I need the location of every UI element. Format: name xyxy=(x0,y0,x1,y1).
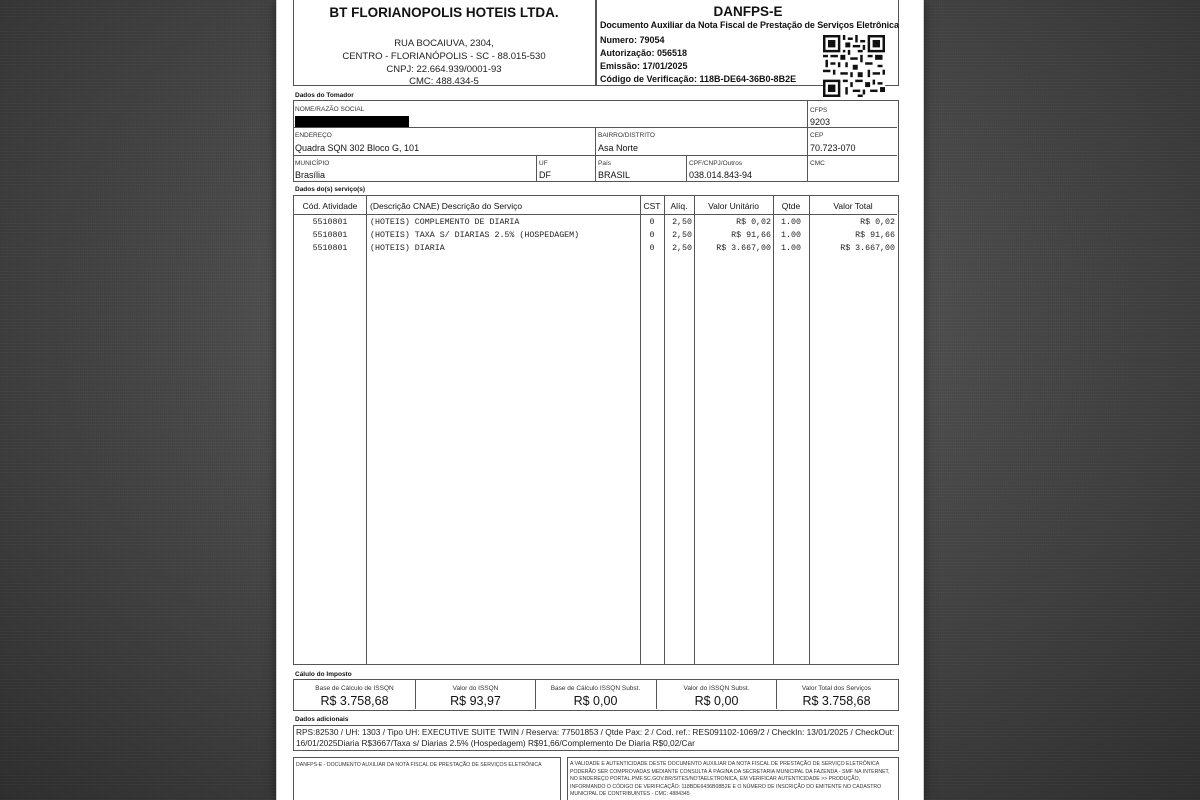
cell-cod: 5510801 xyxy=(294,244,366,253)
municipio-label: MUNICÍPIO xyxy=(295,160,329,167)
imposto-value: R$ 93,97 xyxy=(415,694,536,708)
cell-desc: (HOTEIS) DIARIA xyxy=(370,244,638,253)
cell-total: R$ 3.667,00 xyxy=(809,244,895,253)
pais-label: País xyxy=(598,160,611,167)
nome-redacted xyxy=(295,116,409,127)
tomador-section-label: Dados do Tomador xyxy=(295,92,354,99)
qr-code-icon xyxy=(823,35,885,97)
cell-aliq: 2,50 xyxy=(664,244,692,253)
cell-unit: R$ 91,66 xyxy=(694,231,771,240)
uf-label: UF xyxy=(539,160,548,167)
company-name: BT FLORIANOPOLIS HOTEIS LTDA. xyxy=(294,5,594,20)
cfps-value: 9203 xyxy=(810,117,830,127)
endereco-label: ENDEREÇO xyxy=(295,132,332,139)
cell-qtde: 1.00 xyxy=(773,231,809,240)
cep-label: CEP xyxy=(810,132,823,139)
nome-label: NOME/RAZÃO SOCIAL xyxy=(295,106,364,113)
cell-desc: (HOTEIS) TAXA S/ DIARIAS 2.5% (HOSPEDAGE… xyxy=(370,231,638,240)
imposto-box: Base de Cálculo de ISSQNR$ 3.758,68Valor… xyxy=(293,679,899,711)
cell-qtde: 1.00 xyxy=(773,218,809,227)
company-cnpj: CNPJ: 22.664.939/0001-93 xyxy=(294,64,594,75)
document-subtitle: Documento Auxiliar da Nota Fiscal de Pre… xyxy=(600,20,899,30)
cmc-label: CMC xyxy=(810,160,825,167)
verification-code: Código de Verificação: 118B-DE64-36B0-8B… xyxy=(600,74,796,84)
imposto-value: R$ 0,00 xyxy=(535,694,656,708)
col-header-total: Valor Total xyxy=(809,201,897,211)
imposto-label: Valor do ISSQN Subst. xyxy=(656,685,777,692)
cell-cod: 5510801 xyxy=(294,218,366,227)
imposto-value: R$ 3.758,68 xyxy=(294,694,415,708)
col-header-cst: CST xyxy=(640,201,664,211)
adicionais-box: RPS:82530 / UH: 1303 / Tipo UH: EXECUTIV… xyxy=(293,725,899,751)
emitente-box: BT FLORIANOPOLIS HOTEIS LTDA. RUA BOCAIU… xyxy=(293,0,597,86)
col-header-cod: Cód. Atividade xyxy=(294,201,366,211)
company-address: RUA BOCAIUVA, 2304, xyxy=(294,38,594,49)
bairro-label: BAIRRO/DISTRITO xyxy=(598,132,655,139)
invoice-page: BT FLORIANOPOLIS HOTEIS LTDA. RUA BOCAIU… xyxy=(276,0,924,800)
pais-value: BRASIL xyxy=(598,170,630,180)
cpf-label: CPF/CNPJ/Outros xyxy=(689,160,742,167)
cell-desc: (HOTEIS) COMPLEMENTO DE DIARIA xyxy=(370,218,638,227)
cfps-label: CFPS xyxy=(810,107,827,114)
servicos-section-label: Dados do(s) serviço(s) xyxy=(295,186,365,193)
document-number: Numero: 79054 xyxy=(600,35,665,45)
col-header-desc: (Descrição CNAE) Descrição do Serviço xyxy=(370,201,522,211)
col-header-unit: Valor Unitário xyxy=(694,201,773,211)
adicionais-section-label: Dados adicionais xyxy=(295,716,348,723)
imposto-value: R$ 0,00 xyxy=(656,694,777,708)
cell-cst: 0 xyxy=(640,244,664,253)
cell-aliq: 2,50 xyxy=(664,231,692,240)
cell-aliq: 2,50 xyxy=(664,218,692,227)
imposto-label: Valor do ISSQN xyxy=(415,685,536,692)
cell-total: R$ 0,02 xyxy=(809,218,895,227)
uf-value: DF xyxy=(539,170,551,180)
imposto-label: Base de Cálculo de ISSQN xyxy=(294,685,415,692)
municipio-value: Brasília xyxy=(295,170,325,180)
footer-left-text: DANFPS-E - DOCUMENTO AUXILIAR DA NOTA FI… xyxy=(296,762,542,770)
tomador-box: NOME/RAZÃO SOCIAL CFPS 9203 ENDEREÇO Qua… xyxy=(293,100,899,182)
cell-total: R$ 91,66 xyxy=(809,231,895,240)
cell-unit: R$ 3.667,00 xyxy=(694,244,771,253)
document-authorization: Autorização: 056518 xyxy=(600,48,687,58)
document-issue-date: Emissão: 17/01/2025 xyxy=(600,61,688,71)
col-header-aliq: Alíq. xyxy=(664,201,694,211)
cpf-value: 038.014.843-94 xyxy=(689,170,752,180)
company-cmc: CMC: 488.434-5 xyxy=(294,76,594,87)
servicos-table: Cód. Atividade (Descrição CNAE) Descriçã… xyxy=(293,195,899,665)
cep-value: 70.723-070 xyxy=(810,143,856,153)
cell-cst: 0 xyxy=(640,231,664,240)
cell-cod: 5510801 xyxy=(294,231,366,240)
adicionais-line-2: 16/01/2025Diaria R$3667/Taxa s/ Diarias … xyxy=(296,738,695,750)
col-header-qtde: Qtde xyxy=(773,201,809,211)
cell-qtde: 1.00 xyxy=(773,244,809,253)
footer-right-box: A VALIDADE E AUTENTICIDADE DESTE DOCUMEN… xyxy=(567,757,899,800)
imposto-label: Base de Cálculo ISSQN Subst. xyxy=(535,685,656,692)
cell-unit: R$ 0,02 xyxy=(694,218,771,227)
adicionais-line-1: RPS:82530 / UH: 1303 / Tipo UH: EXECUTIV… xyxy=(296,727,894,739)
footer-right-text: A VALIDADE E AUTENTICIDADE DESTE DOCUMEN… xyxy=(570,761,894,799)
company-city: CENTRO - FLORIANÓPOLIS - SC - 88.015-530 xyxy=(294,51,594,62)
endereco-value: Quadra SQN 302 Bloco G, 101 xyxy=(295,143,419,153)
document-title: DANFPS-E xyxy=(596,4,900,19)
imposto-section-label: Cálulo do Imposto xyxy=(295,671,352,678)
imposto-value: R$ 3.758,68 xyxy=(776,694,897,708)
cell-cst: 0 xyxy=(640,218,664,227)
bairro-value: Asa Norte xyxy=(598,143,638,153)
footer-left-box: DANFPS-E - DOCUMENTO AUXILIAR DA NOTA FI… xyxy=(293,757,561,800)
imposto-label: Valor Total dos Serviços xyxy=(776,685,897,692)
